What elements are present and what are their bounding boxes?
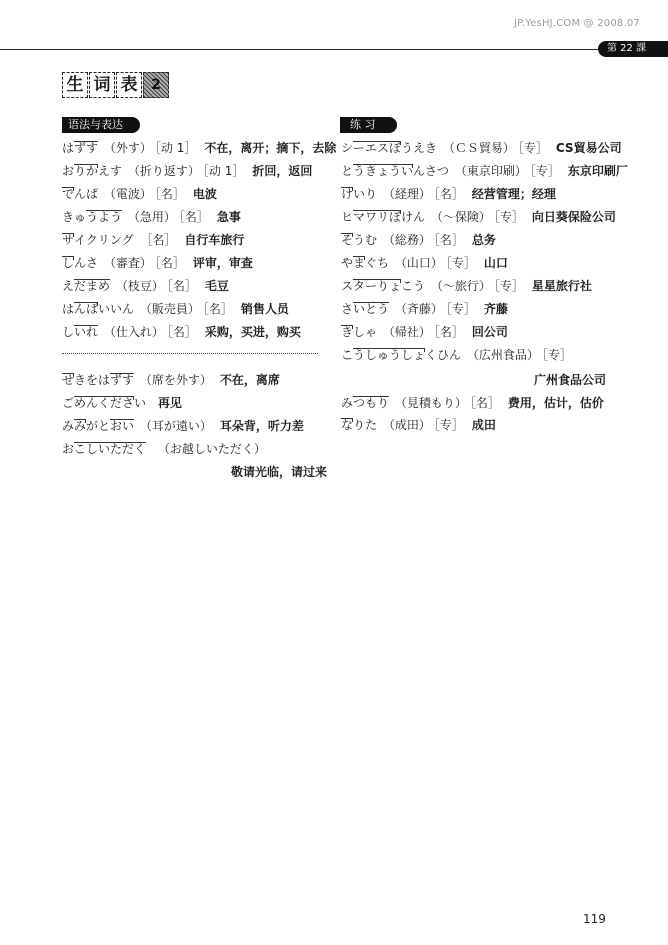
- title-char: 表: [116, 72, 142, 98]
- meaning: 耳朵背，听力差: [220, 419, 304, 433]
- kanji: （ＣＳ貿易）: [443, 141, 515, 155]
- reading: シーエスぼうえき: [341, 141, 437, 155]
- kanji: （成田）: [383, 418, 431, 432]
- vocab-entry: サイクリング ［名］自行车旅行: [62, 232, 244, 248]
- meaning: 采购，买进，购买: [205, 325, 301, 339]
- kanji: （枝豆）: [116, 279, 164, 293]
- reading: きしゃ: [341, 325, 377, 339]
- reading-segment: と: [341, 164, 353, 178]
- part-of-speech: ［专］: [446, 256, 476, 270]
- expression-entry: せきをはずす （席を外す）不在，离席: [62, 372, 280, 388]
- lesson-tab: 第 22 課: [598, 41, 668, 57]
- reading-segment-high: ターりょ: [353, 279, 401, 293]
- section-label-grammar: 语法与表达: [62, 117, 140, 133]
- vocab-entry: はんばいいん （販売員）［名］销售人员: [62, 301, 289, 317]
- part-of-speech: ［动 1］: [203, 164, 244, 178]
- reading: はずす: [62, 141, 98, 155]
- reading-segment: お: [62, 164, 74, 178]
- reading-segment: うえき: [401, 141, 437, 155]
- page-number: 119: [583, 912, 606, 926]
- reading-segment: イクリング: [74, 233, 134, 247]
- meaning: 折回，返回: [252, 164, 312, 178]
- reading: えだまめ: [62, 279, 110, 293]
- reading-segment-high: ーエスぼ: [353, 141, 401, 155]
- meaning: 东京印刷厂: [568, 164, 628, 178]
- part-of-speech: ［名］: [470, 396, 500, 410]
- part-of-speech: ［名］: [167, 279, 197, 293]
- vocab-entry: みつもり （見積もり）［名］费用，估计，估价: [341, 395, 604, 411]
- vocab-entry: けいり （経理）［名］经营管理；经理: [341, 186, 556, 202]
- part-of-speech: ［专］: [434, 418, 464, 432]
- reading-segment: いいん: [98, 302, 134, 316]
- vocab-entry: そうむ （総務）［名］总务: [341, 232, 496, 248]
- kanji: （仕入れ）: [104, 325, 164, 339]
- meaning: 山口: [484, 256, 508, 270]
- reading-segment: えす: [98, 164, 122, 178]
- section-label-exercise: 练 习: [340, 117, 397, 133]
- vocab-entry: しいれ （仕入れ）［名］采购，买进，购买: [62, 324, 301, 340]
- reading-segment-high: めんくださ: [74, 396, 134, 410]
- reading-segment-high: つもり: [353, 396, 389, 410]
- reading: そうむ: [341, 233, 377, 247]
- vocabulary-title: 生 词 表 2: [62, 72, 170, 98]
- part-of-speech: ［动 1］: [155, 141, 196, 155]
- reading-segment: しゃ: [353, 325, 377, 339]
- vocab-entry: おりかえす （折り返す）［动 1］折回，返回: [62, 163, 312, 179]
- kanji: （審査）: [104, 256, 152, 270]
- textbook-page: JP.YesHJ.COM @ 2008.07 第 22 課 生 词 表 2 语法…: [0, 0, 668, 945]
- reading-segment: んさつ: [413, 164, 449, 178]
- reading-segment-high: で: [62, 187, 74, 201]
- expression-entry: みみがとおい （耳が遠い）耳朵背，听力差: [62, 418, 304, 434]
- vocab-entry: シーエスぼうえき （ＣＳ貿易）［专］CS貿易公司: [341, 140, 622, 156]
- reading-segment: がと: [86, 419, 110, 433]
- vocab-entry: ヒマワリぼけん （～保険）［专］向日葵保险公司: [341, 209, 616, 225]
- reading-segment-high: け: [341, 187, 353, 201]
- kanji: （急用）: [128, 210, 176, 224]
- vocab-entry: スターりょこう （～旅行）［专］星星旅行社: [341, 278, 592, 294]
- reading-segment-high: うきょうい: [353, 164, 413, 178]
- reading-segment: し: [62, 325, 74, 339]
- reading-segment-high: りか: [74, 164, 98, 178]
- part-of-speech: ［名］: [155, 187, 185, 201]
- reading-segment-high: ま: [353, 256, 365, 270]
- reading-segment: え: [62, 279, 74, 293]
- reading-segment-high: おい: [110, 419, 134, 433]
- reading-segment: こ: [341, 348, 353, 362]
- kanji: （～旅行）: [431, 279, 491, 293]
- meaning: 不在，离开；摘下，去除: [204, 141, 336, 155]
- reading-segment: こう: [401, 279, 425, 293]
- vocab-entry: こうしゅうしょくひん （広州食品）［专］: [341, 347, 572, 363]
- part-of-speech: ［专］: [542, 348, 572, 362]
- meaning: 评审，审查: [193, 256, 253, 270]
- watermark: JP.YesHJ.COM @ 2008.07: [514, 18, 640, 29]
- reading: けいり: [341, 187, 377, 201]
- reading: やまぐち: [341, 256, 389, 270]
- meaning: 再见: [158, 396, 182, 410]
- kanji: （販売員）: [140, 302, 200, 316]
- reading-segment: い: [134, 396, 146, 410]
- meaning: 不在，离席: [220, 373, 280, 387]
- vocab-entry: はずす （外す）［动 1］不在，离开；摘下，去除: [62, 140, 336, 156]
- reading: おりかえす: [62, 164, 122, 178]
- reading-segment: お: [62, 442, 74, 456]
- vocab-entry: えだまめ （枝豆）［名］毛豆: [62, 278, 229, 294]
- reading-segment: シ: [341, 141, 353, 155]
- reading: でんぱ: [62, 187, 98, 201]
- kanji: （～保険）: [431, 210, 491, 224]
- vocab-entry: とうきょういんさつ （東京印刷）［专］东京印刷厂: [341, 163, 628, 179]
- reading-segment: は: [62, 141, 74, 155]
- meaning: 销售人员: [241, 302, 289, 316]
- reading-segment-high: んば: [74, 302, 98, 316]
- part-of-speech: ［名］: [155, 256, 185, 270]
- reading: こうしゅうしょくひん: [341, 348, 461, 362]
- reading-segment-high: そ: [341, 233, 353, 247]
- reading-segment: んぱ: [74, 187, 98, 201]
- meaning: 总务: [472, 233, 496, 247]
- reading: しいれ: [62, 325, 98, 339]
- reading-segment-high: こしいただく: [74, 442, 146, 456]
- reading-segment-high: な: [341, 418, 353, 432]
- reading-segment-high: うしゅうしょ: [353, 348, 425, 362]
- reading-segment-high: サ: [62, 233, 74, 247]
- vocab-entry: きゅうよう （急用）［名］急事: [62, 209, 241, 225]
- reading-segment-high: うよう: [86, 210, 122, 224]
- part-of-speech: ［专］: [494, 279, 524, 293]
- title-char: 生: [62, 72, 88, 98]
- meaning: 成田: [472, 418, 496, 432]
- reading-segment: や: [341, 256, 353, 270]
- reading-segment: ヒ: [341, 210, 353, 224]
- reading: せきをはずす: [62, 373, 134, 387]
- reading-segment: きをは: [74, 373, 110, 387]
- reading: スターりょこう: [341, 279, 425, 293]
- reading-segment: ぐち: [365, 256, 389, 270]
- kanji: （席を外す）: [140, 373, 212, 387]
- reading-segment: いり: [353, 187, 377, 201]
- part-of-speech: ［专］: [494, 210, 524, 224]
- kanji: （山口）: [395, 256, 443, 270]
- reading: とうきょういんさつ: [341, 164, 449, 178]
- reading-segment: んさ: [74, 256, 98, 270]
- reading: サイクリング: [62, 233, 134, 247]
- reading-segment-high: いとう: [353, 302, 389, 316]
- reading-segment-high: いれ: [74, 325, 98, 339]
- reading: なりた: [341, 418, 377, 432]
- header-rule: [0, 49, 600, 50]
- reading-segment-high: マワリぼ: [353, 210, 401, 224]
- kanji: （総務）: [383, 233, 431, 247]
- part-of-speech: ［名］: [434, 187, 464, 201]
- reading-segment: ス: [341, 279, 353, 293]
- reading: ごめんください: [62, 396, 146, 410]
- meaning: 毛豆: [205, 279, 229, 293]
- vocab-entry: さいとう （斉藤）［专］齐藤: [341, 301, 508, 317]
- vocab-entry: なりた （成田）［专］成田: [341, 417, 496, 433]
- kanji: （折り返す）: [128, 164, 200, 178]
- expression-entry: ごめんください 再见: [62, 395, 182, 411]
- reading: きゅうよう: [62, 210, 122, 224]
- meaning: 急事: [217, 210, 241, 224]
- vocab-entry-meaning-continued: 广州食品公司: [341, 372, 606, 388]
- part-of-speech: ［名］: [179, 210, 209, 224]
- meaning: 电波: [193, 187, 217, 201]
- kanji: （帰社）: [383, 325, 431, 339]
- reading: おこしいただく: [62, 442, 146, 456]
- title-number-badge: 2: [143, 72, 169, 98]
- reading: ヒマワリぼけん: [341, 210, 425, 224]
- expression-entry: おこしいただく （お越しいただく）: [62, 441, 266, 457]
- part-of-speech: ［专］: [446, 302, 476, 316]
- kanji: （見積もり）: [395, 396, 467, 410]
- meaning: CS貿易公司: [556, 141, 622, 155]
- reading-segment: さ: [341, 302, 353, 316]
- meaning: 费用，估计，估价: [508, 396, 604, 410]
- reading-segment-high: み: [74, 419, 86, 433]
- part-of-speech: ［名］: [203, 302, 233, 316]
- reading-segment-high: ずす: [74, 141, 98, 155]
- meaning: 广州食品公司: [534, 373, 606, 387]
- reading-segment: は: [62, 302, 74, 316]
- kanji: （東京印刷）: [455, 164, 527, 178]
- reading: みつもり: [341, 396, 389, 410]
- kanji: （お越しいただく）: [158, 442, 266, 456]
- kanji: （外す）: [104, 141, 152, 155]
- meaning: 回公司: [472, 325, 508, 339]
- reading-segment: りた: [353, 418, 377, 432]
- kanji: （広州食品）: [467, 348, 539, 362]
- reading-segment-high: ずす: [110, 373, 134, 387]
- reading-segment-high: だまめ: [74, 279, 110, 293]
- meaning: 星星旅行社: [532, 279, 592, 293]
- reading-segment: きゅ: [62, 210, 86, 224]
- kanji: （斉藤）: [395, 302, 443, 316]
- reading: さいとう: [341, 302, 389, 316]
- kanji: （電波）: [104, 187, 152, 201]
- meaning: 齐藤: [484, 302, 508, 316]
- meaning: 向日葵保险公司: [532, 210, 616, 224]
- part-of-speech: ［名］: [434, 325, 464, 339]
- part-of-speech: ［名］: [140, 233, 176, 247]
- reading-segment: うむ: [353, 233, 377, 247]
- vocab-entry: しんさ （審査）［名］评审，审查: [62, 255, 253, 271]
- reading-segment-high: し: [62, 256, 74, 270]
- reading: みみがとおい: [62, 419, 134, 433]
- meaning: 自行车旅行: [184, 233, 244, 247]
- reading: はんばいいん: [62, 302, 134, 316]
- kanji: （耳が遠い）: [140, 419, 212, 433]
- reading-segment: み: [341, 396, 353, 410]
- kanji: （経理）: [383, 187, 431, 201]
- reading-segment-high: き: [341, 325, 353, 339]
- vocab-entry: きしゃ （帰社）［名］回公司: [341, 324, 508, 340]
- part-of-speech: ［名］: [434, 233, 464, 247]
- part-of-speech: ［专］: [518, 141, 548, 155]
- reading: しんさ: [62, 256, 98, 270]
- reading-segment: くひん: [425, 348, 461, 362]
- reading-segment-high: せ: [62, 373, 74, 387]
- vocab-entry: やまぐち （山口）［专］山口: [341, 255, 508, 271]
- meaning: 经营管理；经理: [472, 187, 556, 201]
- meaning: 敬请光临，请过来: [231, 465, 327, 479]
- reading-segment: み: [62, 419, 74, 433]
- part-of-speech: ［专］: [530, 164, 560, 178]
- dotted-separator: [62, 353, 318, 354]
- vocab-entry: でんぱ （電波）［名］电波: [62, 186, 217, 202]
- reading-segment: けん: [401, 210, 425, 224]
- title-char: 词: [89, 72, 115, 98]
- expression-entry-meaning-continued: 敬请光临，请过来: [62, 464, 327, 480]
- reading-segment: ご: [62, 396, 74, 410]
- part-of-speech: ［名］: [167, 325, 197, 339]
